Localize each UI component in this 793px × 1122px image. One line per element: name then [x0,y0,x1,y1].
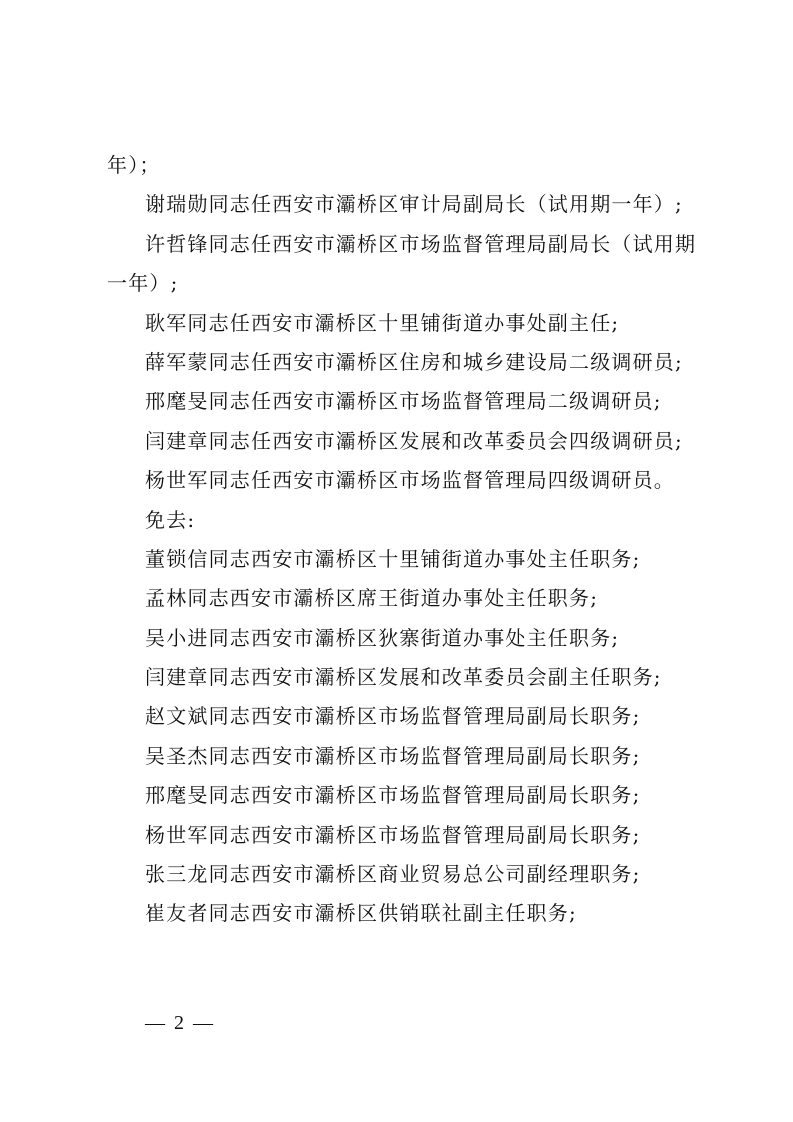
section-heading-dismissals: 免去: [107,501,687,540]
text-line: 闫建章同志西安市灞桥区发展和改革委员会副主任职务; [107,658,687,697]
text-line: 张三龙同志西安市灞桥区商业贸易总公司副经理职务; [107,855,687,894]
document-page: 年）； 谢瑞勋同志任西安市灞桥区审计局副局长（试用期一年）; 许哲锋同志任西安市… [0,0,793,1122]
text-line: 一年）; [107,264,687,303]
text-line: 吴圣杰同志西安市灞桥区市场监督管理局副局长职务; [107,737,687,776]
text-line: 董锁信同志西安市灞桥区十里铺街道办事处主任职务; [107,540,687,579]
page-number: — 2 — [145,1012,215,1035]
text-line: 闫建章同志任西安市灞桥区发展和改革委员会四级调研员; [107,422,687,461]
text-line: 许哲锋同志任西安市灞桥区市场监督管理局副局长（试用期 [107,225,687,264]
document-body: 年）； 谢瑞勋同志任西安市灞桥区审计局副局长（试用期一年）; 许哲锋同志任西安市… [107,146,687,934]
text-line: 邢麾旻同志西安市灞桥区市场监督管理局副局长职务; [107,776,687,815]
text-line: 崔友者同志西安市灞桥区供销联社副主任职务; [107,894,687,933]
text-line: 谢瑞勋同志任西安市灞桥区审计局副局长（试用期一年）; [107,185,687,224]
text-line: 杨世军同志西安市灞桥区市场监督管理局副局长职务; [107,816,687,855]
text-line: 吴小进同志西安市灞桥区狄寨街道办事处主任职务; [107,619,687,658]
text-line: 耿军同志任西安市灞桥区十里铺街道办事处副主任; [107,304,687,343]
text-line: 薛军蒙同志任西安市灞桥区住房和城乡建设局二级调研员; [107,343,687,382]
text-line: 年）； [107,146,687,185]
text-line: 赵文斌同志西安市灞桥区市场监督管理局副局长职务; [107,697,687,736]
text-line: 杨世军同志任西安市灞桥区市场监督管理局四级调研员。 [107,461,687,500]
text-line: 邢麾旻同志任西安市灞桥区市场监督管理局二级调研员; [107,382,687,421]
text-line: 孟林同志西安市灞桥区席王街道办事处主任职务; [107,579,687,618]
